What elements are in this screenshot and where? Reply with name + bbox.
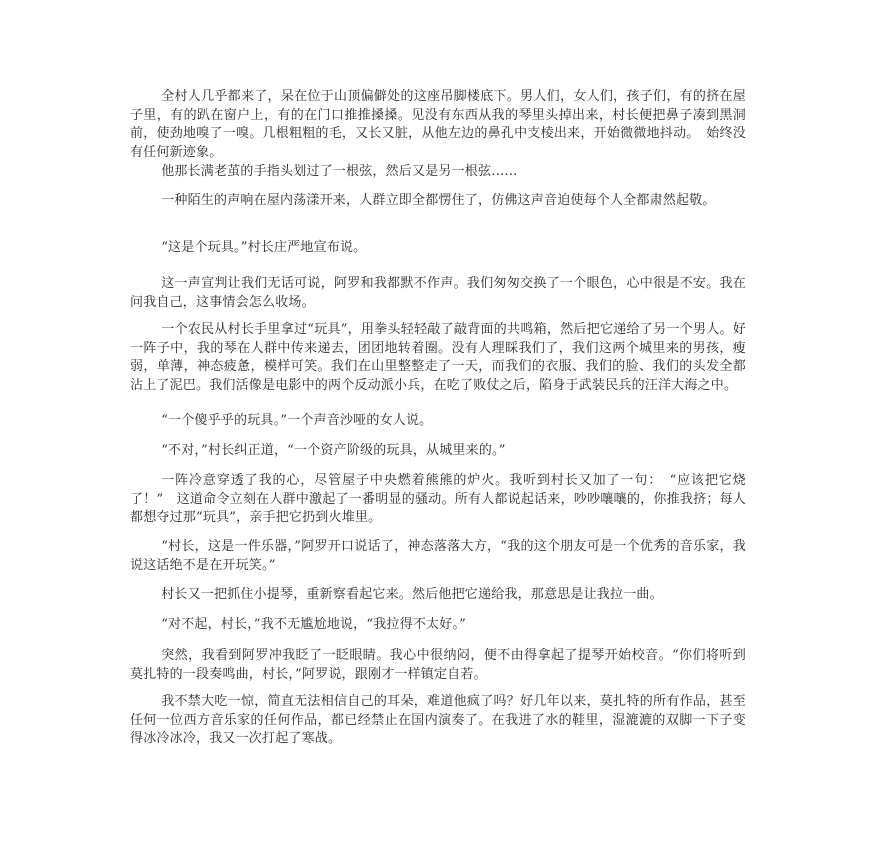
paragraph-2: 他那长满老茧的手指头划过了一根弦，然后又是另一根弦…… [130,163,746,182]
paragraph-7: “一个傻乎乎的玩具。”一个声音沙哑的女人说。 [130,412,746,431]
paragraph-11: 村长又一把抓住小提琴，重新察看起它来。然后他把它递给我，那意思是让我拉一曲。 [130,586,746,605]
paragraph-1: 全村人几乎都来了，呆在位于山顶偏僻处的这座吊脚楼底下。男人们，女人们，孩子们，有… [130,88,746,162]
paragraph-6: 一个农民从村长手里拿过“玩具”，用拳头轻轻敲了敲背面的共鸣箱，然后把它递给了另一… [130,321,746,395]
paragraph-8: “不对，”村长纠正道，“一个资产阶级的玩具，从城里来的。” [130,442,746,461]
paragraph-10: “村长，这是一件乐器，”阿罗开口说话了，神态落落大方，“我的这个朋友可是一个优秀… [130,538,746,575]
paragraph-13: 突然，我看到阿罗冲我眨了一眨眼睛。我心中很纳闷，便不由得拿起了提琴开始校音。“你… [130,647,746,684]
paragraph-9: 一阵冷意穿透了我的心，尽管屋子中央燃着熊熊的炉火。我听到村长又加了一句： “应该… [130,472,746,528]
paragraph-4: “这是个玩具。”村长庄严地宣布说。 [130,239,746,258]
paragraph-14: 我不禁大吃一惊，简直无法相信自己的耳朵，难道他疯了吗？好几年以来，莫扎特的所有作… [130,693,746,749]
paragraph-5: 这一声宣判让我们无话可说，阿罗和我都默不作声。我们匆匆交换了一个眼色，心中很是不… [130,275,746,312]
paragraph-3: 一种陌生的声响在屋内荡漾开来，人群立即全都愣住了，仿佛这声音迫使每个人全都肃然起… [130,192,746,211]
paragraph-12: “对不起，村长，”我不无尴尬地说，“我拉得不太好。” [130,616,746,635]
document-page: 全村人几乎都来了，呆在位于山顶偏僻处的这座吊脚楼底下。男人们，女人们，孩子们，有… [0,0,870,842]
